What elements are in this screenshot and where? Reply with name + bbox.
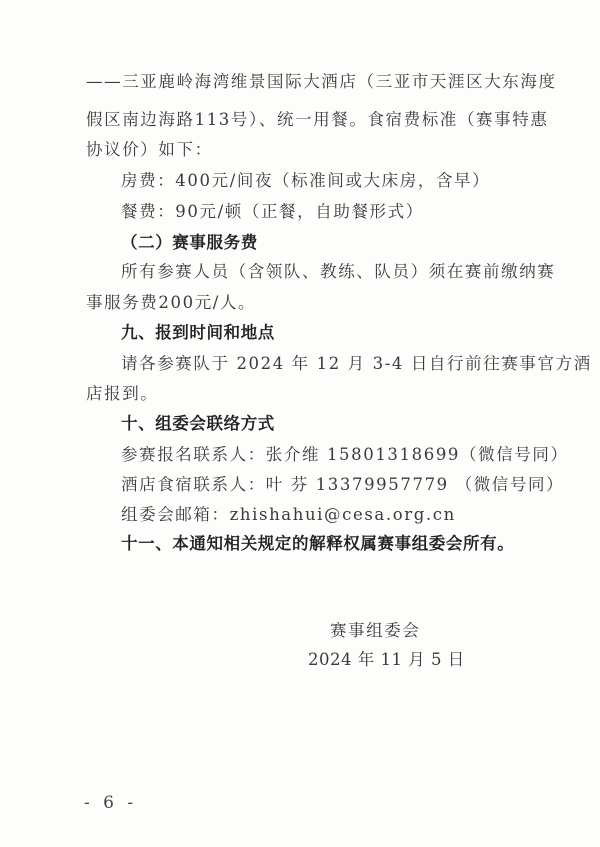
- section-heading-registration: 九、报到时间和地点: [121, 323, 275, 343]
- signature-org: 赛事组委会: [330, 621, 421, 641]
- section-heading-service-fee: （二）赛事服务费: [121, 233, 258, 253]
- signature-date: 2024 年 11 月 5 日: [308, 650, 465, 670]
- contact-registration: 参赛报名联系人：张介维 15801318699（微信号同）: [121, 445, 569, 465]
- contact-email: 组委会邮箱：zhishahui@cesa.org.cn: [121, 505, 456, 525]
- fee-intro-line: 协议价）如下：: [86, 140, 213, 160]
- page-number: - 6 -: [84, 793, 137, 813]
- registration-text-1: 请各参赛队于 2024 年 12 月 3-4 日自行前往赛事官方酒: [121, 354, 592, 374]
- section-heading-interpretation: 十一、本通知相关规定的解释权属赛事组委会所有。: [121, 534, 514, 554]
- hotel-name-line: ——三亚鹿岭海湾维景国际大酒店（三亚市天涯区大东海度: [86, 72, 557, 92]
- room-fee-line: 房费：400元/间夜（标准间或大床房，含早）: [121, 171, 490, 191]
- registration-text-2: 店报到。: [86, 384, 158, 404]
- service-fee-text-2: 事服务费200元/人。: [86, 293, 256, 313]
- section-heading-contact: 十、组委会联络方式: [121, 414, 275, 434]
- hotel-address-line: 假区南边海路113号）、统一用餐。食宿费标准（赛事特惠: [86, 110, 548, 130]
- meal-fee-line: 餐费：90元/顿（正餐，自助餐形式）: [121, 202, 424, 222]
- service-fee-text-1: 所有参赛人员（含领队、教练、队员）须在赛前缴纳赛: [121, 262, 555, 282]
- contact-hotel: 酒店食宿联系人：叶 芬 13379957779 （微信号同）: [121, 475, 564, 495]
